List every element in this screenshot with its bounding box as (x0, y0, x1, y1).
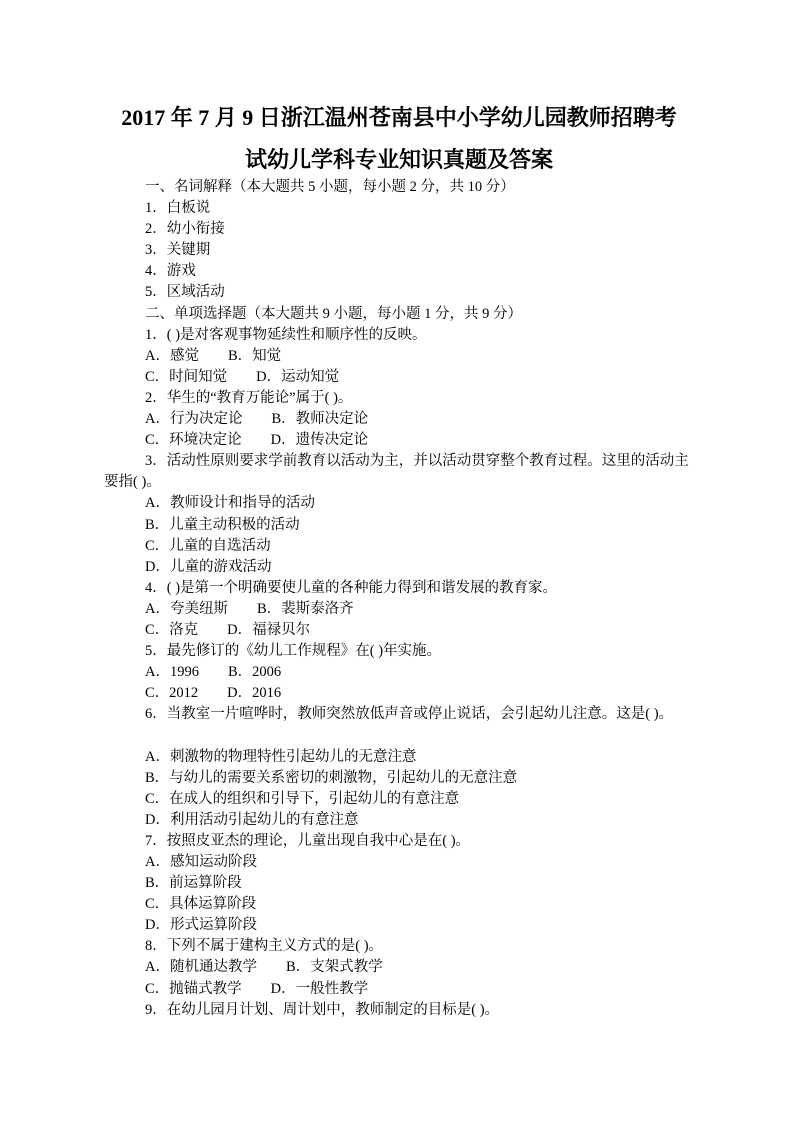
paragraph-line: A．1996 B．2006 (104, 662, 695, 683)
paragraph-line: 3．活动性原则要求学前教育以活动为主，并以活动贯穿整个教育过程。这里的活动主要指… (104, 451, 695, 493)
paragraph-line: 9．在幼儿园月计划、周计划中，教师制定的目标是( )。 (104, 1000, 695, 1021)
paragraph-line: C．抛锚式教学 D．一般性教学 (104, 979, 695, 1000)
paragraph-line: A．随机通达教学 B．支架式教学 (104, 957, 695, 978)
paragraph-line: D．利用活动引起幼儿的有意注意 (104, 810, 695, 831)
paragraph-line: B．儿童主动积极的活动 (104, 515, 695, 536)
paragraph-line: A．行为决定论 B．教师决定论 (104, 409, 695, 430)
paragraph-line: A．感知运动阶段 (104, 852, 695, 873)
paragraph-line: 二、单项选择题（本大题共 9 小题，每小题 1 分，共 9 分） (104, 304, 695, 325)
paragraph-line: C．洛克 D．福禄贝尔 (104, 620, 695, 641)
paragraph-line: 6．当教室一片喧哗时，教师突然放低声音或停止说话，会引起幼儿注意。这是( )。 (104, 704, 695, 725)
paragraph-line: C．时间知觉 D．运动知觉 (104, 367, 695, 388)
paragraph-line: A．夸美纽斯 B．裴斯泰洛齐 (104, 599, 695, 620)
paragraph-line: 5．最先修订的《幼儿工作规程》在( )年实施。 (104, 641, 695, 662)
paragraph-line: C．环境决定论 D．遗传决定论 (104, 430, 695, 451)
paragraph-line: 一、名词解释（本大题共 5 小题，每小题 2 分，共 10 分） (104, 177, 695, 198)
paragraph-line: 4．( )是第一个明确要使儿童的各种能力得到和谐发展的教育家。 (104, 578, 695, 599)
paragraph-line: B．前运算阶段 (104, 873, 695, 894)
paragraph-line: D．形式运算阶段 (104, 915, 695, 936)
blank-line (104, 725, 695, 746)
paragraph-line: B．与幼儿的需要关系密切的刺激物，引起幼儿的无意注意 (104, 768, 695, 789)
paragraph-line: C．具体运算阶段 (104, 894, 695, 915)
title-line-1: 2017 年 7 月 9 日浙江温州苍南县中小学幼儿园教师招聘考 (104, 97, 694, 139)
title-line-2: 试幼儿学科专业知识真题及答案 (104, 139, 694, 181)
paragraph-line: A．感觉 B．知觉 (104, 346, 695, 367)
paragraph-line: C．儿童的自选活动 (104, 536, 695, 557)
paragraph-line: 5．区域活动 (104, 282, 695, 303)
paragraph-line: A．刺激物的物理特性引起幼儿的无意注意 (104, 747, 695, 768)
paragraph-line: 7．按照皮亚杰的理论，儿童出现自我中心是在( )。 (104, 831, 695, 852)
document-body: 一、名词解释（本大题共 5 小题，每小题 2 分，共 10 分）1．白板说2．幼… (104, 177, 695, 1021)
paragraph-line: D．儿童的游戏活动 (104, 557, 695, 578)
document-page: 2017 年 7 月 9 日浙江温州苍南县中小学幼儿园教师招聘考 试幼儿学科专业… (0, 0, 794, 1123)
paragraph-line: 8．下列不属于建构主义方式的是( )。 (104, 936, 695, 957)
paragraph-line: A．教师设计和指导的活动 (104, 493, 695, 514)
paragraph-line: C．2012 D．2016 (104, 683, 695, 704)
paragraph-line: 1．( )是对客观事物延续性和顺序性的反映。 (104, 325, 695, 346)
paragraph-line: 2．幼小衔接 (104, 219, 695, 240)
paragraph-line: 1．白板说 (104, 198, 695, 219)
paragraph-line: C．在成人的组织和引导下，引起幼儿的有意注意 (104, 789, 695, 810)
paragraph-line: 4．游戏 (104, 261, 695, 282)
paragraph-line: 3．关键期 (104, 240, 695, 261)
document-title: 2017 年 7 月 9 日浙江温州苍南县中小学幼儿园教师招聘考 试幼儿学科专业… (104, 97, 694, 181)
paragraph-line: 2．华生的“教育万能论”属于( )。 (104, 388, 695, 409)
